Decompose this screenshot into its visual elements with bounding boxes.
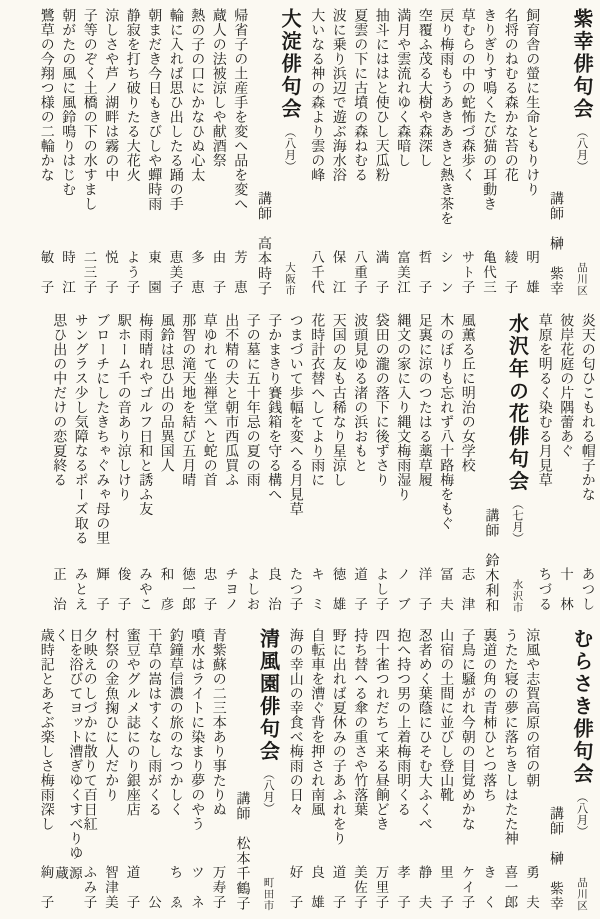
poem-text: 子鳥に騒がれ今朝の目覚めかな	[459, 628, 473, 831]
band-2: 炎天の匂ひこもれる帽子かなあつし 彼岸花庭の片隅蕾あぐ十 林 草原を明るく染むる…	[0, 313, 598, 613]
poem-text: 戻り梅雨もうあきあきと熱き茶を	[438, 8, 452, 226]
poem-author: 敏 子	[39, 250, 53, 296]
poem-author: キ ミ	[309, 567, 323, 613]
poem-text: 思ひ出の中だけの恋夏終る	[51, 313, 65, 487]
poem-text: 袋田の瀧の落下に後ずさり	[373, 313, 387, 487]
poem-entry: 鷺草の今翔つ様の二輪かな敏 子	[36, 8, 56, 296]
poem-text: 満月や雲流れゆく森暗し	[395, 8, 409, 168]
poem-author: 志 津	[460, 567, 474, 613]
poem-entry: 飼育舎の螢に生命ともりけり明 雄	[521, 8, 541, 296]
poem-author: 美佐子	[352, 865, 366, 911]
poem-author: チヨノ	[223, 567, 237, 613]
poem-entry: 草原を明るく染むる月見草ちづる	[534, 313, 554, 613]
band-3: むらさき俳句会 （八月） 品川区 講師 榊 紫幸 涼風や志賀高原の宿の朝勇 夫 …	[0, 628, 598, 911]
poem-entry: 子鳥に騒がれ今朝の目覚めかなケイ子	[457, 628, 477, 911]
poem-author: 明 雄	[524, 250, 538, 296]
poem-author: 亀代三	[481, 250, 495, 296]
section-month: （八月）	[574, 791, 590, 837]
poem-author: 十 林	[558, 567, 572, 613]
poem-text: 釣鐘草信濃の旅のなつかしく	[167, 628, 181, 817]
section-title: 水沢年の花俳句会	[503, 313, 532, 493]
poem-entry: 青紫蘇の二三本あり事たりぬ万寿子	[208, 628, 228, 911]
poem-text: 名将のねむる森かな苔の花	[502, 8, 516, 182]
poem-author: 勇 夫	[524, 865, 538, 911]
poem-text: 輪に入れば思ひ出したる踊の手	[167, 8, 181, 211]
poem-text: 蜜豆やグルメ誌にのり銀座店	[124, 628, 138, 817]
poem-text: 草原を明るく染むる月見草	[536, 313, 550, 487]
section-month: （八月）	[282, 126, 298, 172]
poem-entry: 炎天の匂ひこもれる帽子かなあつし	[577, 313, 597, 613]
poem-author: 由 子	[211, 250, 225, 296]
section-teacher: 講師 榊 紫幸	[546, 8, 564, 296]
poem-author: 道 子	[352, 567, 366, 613]
section-location: 品川区	[574, 877, 589, 912]
poem-author: 満 子	[374, 250, 388, 296]
poem-text: 彼岸花庭の片隅蕾あぐ	[558, 313, 572, 458]
poem-entry: 子かまきり賽銭箱を守る構へ良 治	[263, 313, 283, 613]
poem-text: 風鈴は思ひ出の品異国人	[158, 313, 172, 473]
poem-entry: 満月や雲流れゆく森暗し富美江	[392, 8, 412, 296]
poem-entry: 彼岸花庭の片隅蕾あぐ十 林	[555, 313, 575, 613]
poem-entry: 蜜豆やグルメ誌にのり銀座店道 子	[122, 628, 142, 911]
poem-text: 干草の嵩はすくなし雨がくる	[146, 628, 160, 817]
poem-entry: 涼しさや芦ノ湖畔は霧の中悦 子	[100, 8, 120, 296]
poem-author: 冨 夫	[438, 567, 452, 613]
poem-author: シ ン	[438, 250, 452, 296]
poem-entry: 日を浴びてヨット漕ぎゆくすべりゆく源 蔵	[57, 628, 77, 911]
poem-text: 朝がたの風に風鈴鳴りはじむ	[60, 8, 74, 197]
poem-entry: 戻り梅雨もうあきあきと熱き茶をシ ン	[435, 8, 455, 296]
poem-entry: 波に乗り浜辺で遊ぶ海水浴保 江	[328, 8, 348, 296]
poem-text: 山宿の土間に並びし登山靴	[438, 628, 452, 802]
poem-text: 足裏に涼のつたはる藁草履	[416, 313, 430, 487]
poem-text: 青紫蘇の二三本あり事たりぬ	[210, 628, 224, 817]
poem-text: うたた寝の夢に落ちきしはたた神	[502, 628, 516, 846]
section-header-mizusawa: 水沢年の花俳句会 （七月） 水沢市 講師 鈴木利和	[482, 313, 532, 613]
poem-text: 朝まだき今日もきびしや蟬時雨	[146, 8, 160, 211]
poem-author: 悦 子	[103, 250, 117, 296]
poem-entry: 波頭見ゆる渚の浜おもと道 子	[349, 313, 369, 613]
poem-entry: 大いなる神の森より雲の峰八千代	[306, 8, 326, 296]
poem-entry: うたた寝の夢に落ちきしはたた神喜一郎	[500, 628, 520, 911]
poem-text: 子の墓に五十年忌の夏の雨	[244, 313, 258, 487]
poem-text: 天国の友も古稀なり星涼し	[330, 313, 344, 487]
poem-entry: 朝がたの風に風鈴鳴りはじむ時 江	[57, 8, 77, 296]
poem-text: 静寂を打ち破りたる大花火	[124, 8, 138, 182]
poem-author: 正 治	[51, 567, 65, 613]
poem-author: ケイ子	[460, 865, 474, 911]
poem-author: 孝 子	[395, 865, 409, 911]
poem-entry: 蔵人の法被涼しや献酒祭由 子	[208, 8, 228, 296]
poem-text: 子かまきり賽銭箱を守る構へ	[266, 313, 280, 502]
poem-author: ち ゑ	[168, 865, 182, 911]
poem-entry: 草むらの中の蛇怖づ森歩くサト子	[457, 8, 477, 296]
section-teacher: 講師 高本時子	[254, 8, 272, 296]
poem-author: 万寿子	[211, 865, 225, 911]
poem-author: 徳一郎	[180, 567, 194, 613]
poem-text: 涼しさや芦ノ湖畔は霧の中	[103, 8, 117, 182]
poem-author: みやこ	[137, 567, 151, 613]
poem-entry: 噴水はライトに染まり夢のやうツ ネ	[186, 628, 206, 911]
poem-entry: 子の墓に五十年忌の夏の雨よしお	[242, 313, 262, 613]
poem-entry: 裏道の角の青柿ひとつ落ちき く	[478, 628, 498, 911]
poem-author: 公	[146, 895, 160, 911]
poem-author: き く	[481, 865, 495, 911]
section-location: 大阪市	[282, 262, 297, 297]
poem-entry: つまづいて歩幅を変へる月見草たつ子	[285, 313, 305, 613]
poem-author: ツ ネ	[189, 865, 203, 911]
poem-text: 子等のぞく土橋の下の水すまし	[81, 8, 95, 211]
poem-text: 海の幸山の幸食べ梅雨の日々	[287, 628, 301, 817]
poem-entry: 夏雲の下に古墳の森ねむる八重子	[349, 8, 369, 296]
poem-text: 噴水はライトに染まり夢のやう	[189, 628, 203, 831]
poem-text: 裏道の角の青柿ひとつ落ち	[481, 628, 495, 802]
section-header-shiko: 紫幸俳句会 （八月） 品川区 講師 榊 紫幸	[546, 8, 596, 296]
poem-author: 綾 子	[503, 250, 517, 296]
poem-text: 那智の滝天地を結び五月晴	[180, 313, 194, 487]
poem-text: 歳時記とあそぶ楽しさ梅雨深し	[38, 628, 52, 831]
poem-text: 四十雀つれだちて来る昼餉どき	[373, 628, 387, 831]
poem-author: 富美江	[395, 250, 409, 296]
poem-entry: 村祭の金魚掬ひに人だかり智津美	[100, 628, 120, 911]
poem-text: 炎天の匂ひこもれる帽子かな	[579, 313, 593, 502]
poem-entry: 朝まだき今日もきびしや蟬時雨東 園	[143, 8, 163, 296]
section-month: （七月）	[509, 498, 525, 544]
poem-text: 大いなる神の森より雲の峰	[309, 8, 323, 182]
poem-text: 夕映えのしづかに散りて百日紅	[81, 628, 95, 831]
poem-entry: 足裏に涼のつたはる藁草履洋 子	[414, 313, 434, 613]
poem-entry: 静寂を打ち破りたる大花火よう子	[122, 8, 142, 296]
poem-author: 道 子	[125, 865, 139, 911]
poem-entry: 四十雀つれだちて来る昼餉どき万里子	[371, 628, 391, 911]
poem-entry: 梅雨晴れやゴルフ日和と誘ふ友みやこ	[134, 313, 154, 613]
poem-entry: 歳時記とあそぶ楽しさ梅雨深し絢 子	[36, 628, 56, 911]
poem-text: 波に乗り浜辺で遊ぶ海水浴	[330, 8, 344, 182]
poem-entry: 熱の子の口にかなひぬ心太多 恵	[186, 8, 206, 296]
section-location: 水沢市	[510, 579, 525, 614]
poem-author: 忠 子	[202, 567, 216, 613]
poem-entry: 出不精の夫と朝市西瓜買ふチヨノ	[220, 313, 240, 613]
poem-entry: 木のぼりも忘れず八十路梅をもぐ冨 夫	[435, 313, 455, 613]
poem-author: 時 江	[60, 250, 74, 296]
poem-author: サト子	[460, 250, 474, 296]
poem-text: 村祭の金魚掬ひに人だかり	[103, 628, 117, 802]
poem-text: 梅雨晴れやゴルフ日和と誘ふ友	[137, 313, 151, 516]
poem-entry: 縄文の家に入り縄文梅雨湿りノ ブ	[392, 313, 412, 613]
section-title-column: 清風園俳句会 （八月） 町田市	[254, 628, 283, 911]
poem-text: 草ゆれて坐禅堂へと蛇の首	[201, 313, 215, 487]
section-title: むらさき俳句会	[567, 628, 596, 786]
poem-entry: 持ち替へる傘の重さや竹落葉美佐子	[349, 628, 369, 911]
poem-entry: 野に出れば夏休みの子あふれをり道 子	[328, 628, 348, 911]
poem-text: 花時計衣替へしてより雨に	[309, 313, 323, 487]
poem-author: 東 園	[146, 250, 160, 296]
band-1: 紫幸俳句会 （八月） 品川区 講師 榊 紫幸 飼育舎の螢に生命ともりけり明 雄 …	[0, 8, 598, 296]
poem-text: 帰省子の土産手を変へ品を変へ	[232, 8, 246, 211]
poem-author: ふみ子	[82, 865, 96, 911]
poem-entry: ブローチにしたきちゃぐみゃ母の里輝 子	[91, 313, 111, 613]
poem-entry: 自転車を漕ぐ背を押され南風良 雄	[306, 628, 326, 911]
poem-entry: きりぎりす鳴くたび猫の耳動き亀代三	[478, 8, 498, 296]
section-teacher: 講師 榊 紫幸	[546, 628, 564, 911]
poem-text: 抱へ持つ男の上着梅雨明くる	[395, 628, 409, 817]
poem-text: 夏雲の下に古墳の森ねむる	[352, 8, 366, 182]
section-title-column: 水沢年の花俳句会 （七月） 水沢市	[503, 313, 532, 613]
poem-text: 飼育舎の螢に生命ともりけり	[524, 8, 538, 197]
poem-text: ブローチにしたきちゃぐみゃ母の里	[94, 313, 108, 545]
poem-text: 空覆ふ茂る大樹や森深し	[416, 8, 430, 168]
poem-entry: 天国の友も古稀なり星涼し徳 雄	[328, 313, 348, 613]
poem-author: 恵美子	[168, 250, 182, 296]
poem-entry: 那智の滝天地を結び五月晴徳一郎	[177, 313, 197, 613]
poem-author: あつし	[580, 567, 594, 613]
poem-entry: サングラス少し気障なるポーズ取るみとえ	[70, 313, 90, 613]
poem-author: 良 雄	[309, 865, 323, 911]
poem-entry: 抱へ持つ男の上着梅雨明くる孝 子	[392, 628, 412, 911]
poem-text: 鷺草の今翔つ様の二輪かな	[38, 8, 52, 182]
poem-author: 徳 雄	[331, 567, 345, 613]
section-month: （八月）	[574, 126, 590, 172]
poem-author: 哲 子	[417, 250, 431, 296]
poem-author: 源 蔵	[53, 866, 81, 911]
poem-author: 絢 子	[39, 865, 53, 911]
poem-author: 良 治	[266, 567, 280, 613]
poem-text: つまづいて歩幅を変へる月見草	[287, 313, 301, 516]
section-title-column: 大淀俳句会 （八月） 大阪市	[275, 8, 304, 296]
poem-text: 草むらの中の蛇怖づ森歩く	[459, 8, 473, 182]
poem-author: たつ子	[288, 567, 302, 613]
poem-author: 里 子	[438, 865, 452, 911]
poem-author: 輝 子	[94, 567, 108, 613]
poem-entry: 涼風や志賀高原の宿の朝勇 夫	[521, 628, 541, 911]
poem-text: 駅ホーム千の音あり涼しけり	[115, 313, 129, 502]
poem-text: 持ち替へる傘の重さや竹落葉	[352, 628, 366, 817]
poem-entry: 風鈴は思ひ出の品異国人和 彦	[156, 313, 176, 613]
poem-entry: 海の幸山の幸食べ梅雨の日々好 子	[285, 628, 305, 911]
poem-author: 道 子	[331, 865, 345, 911]
poem-entry: 袋田の瀧の落下に後ずさりよし子	[371, 313, 391, 613]
section-header-seifuen: 清風園俳句会 （八月） 町田市 講師 松本千鶴子	[233, 628, 283, 911]
section-header-oyodo: 大淀俳句会 （八月） 大阪市 講師 高本時子	[254, 8, 304, 296]
poem-entry: 風薫る丘に明治の女学校志 津	[457, 313, 477, 613]
poem-text: 木のぼりも忘れず八十路梅をもぐ	[438, 313, 452, 531]
poem-text: 忍者めく葉蔭にひそむ大ふくべ	[416, 628, 430, 831]
section-title-column: むらさき俳句会 （八月） 品川区	[567, 628, 596, 911]
poem-text: 涼風や志賀高原の宿の朝	[524, 628, 538, 788]
poem-author: 静 夫	[417, 865, 431, 911]
poem-text: 野に出れば夏休みの子あふれをり	[330, 628, 344, 846]
poem-text: 熱の子の口にかなひぬ心太	[189, 8, 203, 182]
poem-text: 風薫る丘に明治の女学校	[459, 313, 473, 473]
poem-entry: 山宿の土間に並びし登山靴里 子	[435, 628, 455, 911]
poem-author: 万里子	[374, 865, 388, 911]
section-teacher: 講師 松本千鶴子	[233, 628, 251, 911]
poem-entry: 抽斗にははと使ひし天瓜粉満 子	[371, 8, 391, 296]
poem-author: ちづる	[537, 567, 551, 613]
poem-entry: 思ひ出の中だけの恋夏終る正 治	[48, 313, 68, 613]
poem-author: 俊 子	[116, 567, 130, 613]
poem-author: みとえ	[73, 567, 87, 613]
poem-entry: 子等のぞく土橋の下の水すまし二三子	[79, 8, 99, 296]
poem-text: サングラス少し気障なるポーズ取る	[72, 313, 86, 545]
poem-author: 喜一郎	[503, 865, 517, 911]
poem-author: 二三子	[82, 250, 96, 296]
poem-author: よしお	[245, 567, 259, 613]
poem-entry: 釣鐘草信濃の旅のなつかしくち ゑ	[165, 628, 185, 911]
poem-text: 波頭見ゆる渚の浜おもと	[352, 313, 366, 473]
poem-entry: 帰省子の土産手を変へ品を変へ芳 恵	[229, 8, 249, 296]
poem-entry: 空覆ふ茂る大樹や森深し哲 子	[414, 8, 434, 296]
poem-text: 抽斗にははと使ひし天瓜粉	[373, 8, 387, 182]
poem-author: 多 恵	[189, 250, 203, 296]
poem-entry: 忍者めく葉蔭にひそむ大ふくべ静 夫	[414, 628, 434, 911]
poem-author: 好 子	[288, 865, 302, 911]
poem-author: よし子	[374, 567, 388, 613]
poem-author: 和 彦	[159, 567, 173, 613]
poem-author: 洋 子	[417, 567, 431, 613]
section-title: 紫幸俳句会	[567, 8, 596, 121]
haiku-page: 紫幸俳句会 （八月） 品川区 講師 榊 紫幸 飼育舎の螢に生命ともりけり明 雄 …	[0, 0, 600, 919]
section-location: 品川区	[574, 262, 589, 297]
poem-author: 智津美	[103, 865, 117, 911]
section-title: 大淀俳句会	[275, 8, 304, 121]
poem-author: 保 江	[331, 250, 345, 296]
poem-text: 蔵人の法被涼しや献酒祭	[210, 8, 224, 168]
poem-author: 芳 恵	[232, 250, 246, 296]
poem-entry: 駅ホーム千の音あり涼しけり俊 子	[113, 313, 133, 613]
poem-author: ノ ブ	[395, 567, 409, 613]
section-title-column: 紫幸俳句会 （八月） 品川区	[567, 8, 596, 296]
section-title: 清風園俳句会	[254, 628, 283, 763]
section-teacher: 講師 鈴木利和	[482, 313, 500, 613]
section-header-murasaki: むらさき俳句会 （八月） 品川区 講師 榊 紫幸	[546, 628, 596, 911]
poem-author: 八千代	[309, 250, 323, 296]
poem-entry: 輪に入れば思ひ出したる踊の手恵美子	[165, 8, 185, 296]
poem-text: 出不精の夫と朝市西瓜買ふ	[223, 313, 237, 487]
poem-text: 縄文の家に入り縄文梅雨湿り	[395, 313, 409, 502]
poem-entry: 草ゆれて坐禅堂へと蛇の首忠 子	[199, 313, 219, 613]
section-location: 町田市	[261, 877, 276, 912]
poem-entry: 名将のねむる森かな苔の花綾 子	[500, 8, 520, 296]
poem-entry: 干草の嵩はすくなし雨がくる公	[143, 628, 163, 911]
poem-text: きりぎりす鳴くたび猫の耳動き	[481, 8, 495, 211]
poem-text: 日を浴びてヨット漕ぎゆくすべりゆく	[53, 628, 82, 866]
section-month: （八月）	[260, 768, 276, 814]
poem-text: 自転車を漕ぐ背を押され南風	[309, 628, 323, 817]
poem-author: よう子	[125, 250, 139, 296]
poem-author: 八重子	[352, 250, 366, 296]
poem-entry: 花時計衣替へしてより雨にキ ミ	[306, 313, 326, 613]
